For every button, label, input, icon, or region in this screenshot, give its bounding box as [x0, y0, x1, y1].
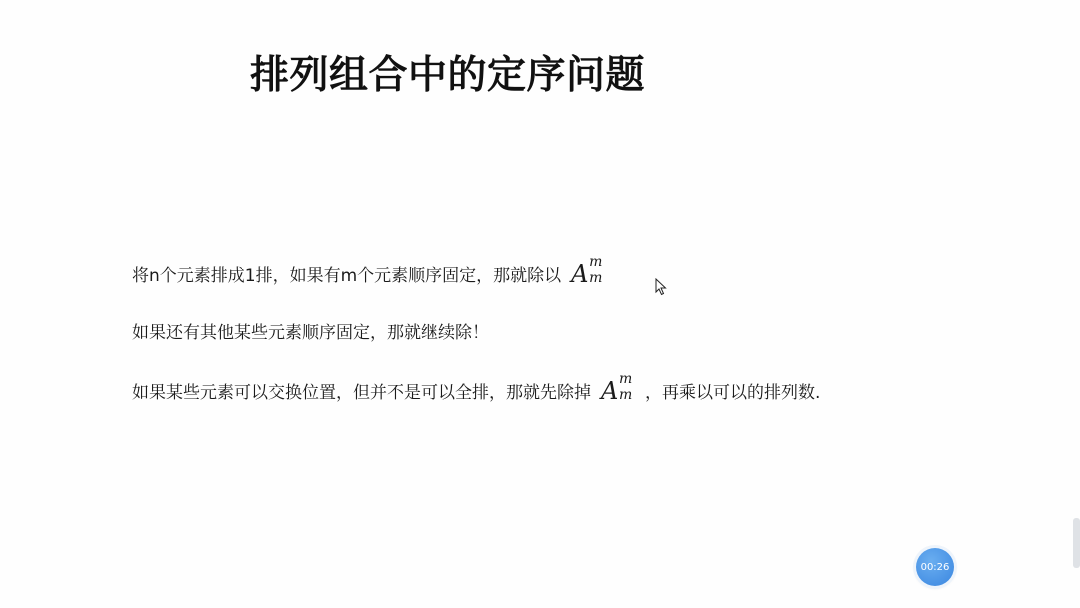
timer-value: 00:26: [921, 562, 950, 573]
rule-line-3: 如果某些元素可以交换位置，但并不是可以全排，那就先除掉 A m m ，再乘以可以…: [132, 375, 820, 405]
scrollbar-thumb[interactable]: [1073, 518, 1080, 568]
timer-badge[interactable]: 00:26: [916, 548, 954, 586]
rule-line-1: 将n个元素排成1排，如果有m个元素顺序固定，那就除以 A m m: [132, 258, 609, 288]
rule-text: 将n个元素排成1排，如果有m个元素顺序固定，那就除以: [132, 261, 561, 286]
rule-text: 如果还有其他某些元素顺序固定，那就继续除！: [132, 318, 489, 343]
permutation-formula: A m m: [599, 375, 639, 405]
mouse-cursor-icon: [655, 278, 667, 296]
rule-line-2: 如果还有其他某些元素顺序固定，那就继续除！: [132, 318, 489, 343]
slide-title: 排列组合中的定序问题: [250, 44, 645, 100]
slide-canvas: 排列组合中的定序问题 将n个元素排成1排，如果有m个元素顺序固定，那就除以 A …: [0, 0, 1080, 608]
permutation-formula: A m m: [569, 258, 609, 288]
rule-text: 如果某些元素可以交换位置，但并不是可以全排，那就先除掉: [132, 378, 591, 403]
rule-text-continued: ，再乘以可以的排列数.: [645, 378, 820, 403]
